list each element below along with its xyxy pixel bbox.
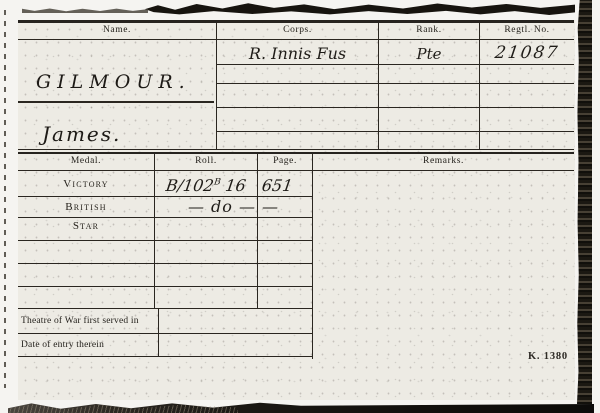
remarks-column-header: Remarks.: [313, 154, 574, 171]
form-number: K. 1380: [478, 351, 568, 362]
name-column-header: Name.: [18, 23, 216, 40]
corps-rank-regtl-columns: Corps. Rank. Regtl. No. R. Innis Fus Pte…: [217, 23, 574, 149]
british-medal-row: British — do — —: [18, 197, 312, 218]
corps-entry: R. Innis Fus: [217, 40, 379, 64]
scan-artifact-bottom-texture: [8, 402, 238, 413]
surname-entry: GILMOUR.: [36, 71, 191, 93]
remarks-entry: [313, 171, 574, 359]
medal-index-card-scan: Name. GILMOUR. James. Corps. Rank. Regtl…: [0, 0, 600, 413]
regtl-no-entry: 21087: [480, 40, 574, 64]
date-of-entry-entry: [159, 334, 312, 356]
rank-entry: Pte: [379, 40, 480, 64]
british-roll-ditto-entry: — do —: [155, 197, 258, 217]
remarks-column: Remarks.: [312, 154, 574, 359]
service-empty-row: [217, 84, 574, 108]
surname-underline: [18, 101, 214, 103]
corps-rank-regtl-header-row: Corps. Rank. Regtl. No.: [217, 23, 574, 40]
regtl-no-column-header: Regtl. No.: [480, 23, 574, 39]
theatre-of-war-entry: [159, 309, 312, 333]
page-column-header: Page.: [258, 154, 312, 170]
medal-table-header-row: Medal. Roll. Page.: [18, 154, 312, 171]
theatre-of-war-label: Theatre of War first served in: [18, 309, 159, 333]
name-column: Name. GILMOUR. James.: [18, 23, 217, 149]
scan-artifact-left-edge: [4, 10, 6, 388]
service-entry-row: R. Innis Fus Pte 21087: [217, 40, 574, 65]
medal-table-empty-row: [18, 264, 312, 287]
medal-column-header: Medal.: [18, 154, 155, 170]
medal-roll-table: Medal. Roll. Page. Victory B/102B 16 651…: [18, 152, 574, 359]
victory-medal-label: Victory: [18, 171, 155, 196]
victory-roll-entry: B/102B 16: [155, 171, 258, 196]
medal-roll-page-columns: Medal. Roll. Page. Victory B/102B 16 651…: [18, 154, 312, 359]
star-medal-label: Star: [18, 218, 155, 240]
service-empty-row: [217, 108, 574, 132]
victory-medal-row: Victory B/102B 16 651: [18, 171, 312, 197]
scan-artifact-right-strip: [577, 0, 592, 404]
name-corps-table: Name. GILMOUR. James. Corps. Rank. Regtl…: [18, 20, 574, 150]
rank-column-header: Rank.: [379, 23, 480, 39]
service-empty-row: [217, 132, 574, 149]
british-page-ditto-entry: —: [258, 197, 312, 217]
corps-column-header: Corps.: [217, 23, 379, 39]
medal-table-empty-row: [18, 241, 312, 264]
british-medal-label: British: [18, 197, 155, 217]
date-of-entry-label: Date of entry therein: [18, 334, 159, 356]
star-roll-entry: [155, 218, 258, 240]
star-medal-row: Star: [18, 218, 312, 241]
victory-page-entry: 651: [258, 171, 312, 196]
theatre-of-war-row: Theatre of War first served in: [18, 309, 312, 334]
star-page-entry: [258, 218, 312, 240]
service-empty-row: [217, 65, 574, 84]
roll-column-header: Roll.: [155, 154, 258, 170]
date-of-entry-row: Date of entry therein: [18, 334, 312, 357]
medal-table-empty-row: [18, 287, 312, 309]
scan-artifact-top-band-left: [22, 6, 148, 13]
forename-entry: James.: [42, 122, 121, 146]
card-paper: Name. GILMOUR. James. Corps. Rank. Regtl…: [18, 20, 575, 400]
scan-artifact-top-band: [145, 2, 575, 15]
